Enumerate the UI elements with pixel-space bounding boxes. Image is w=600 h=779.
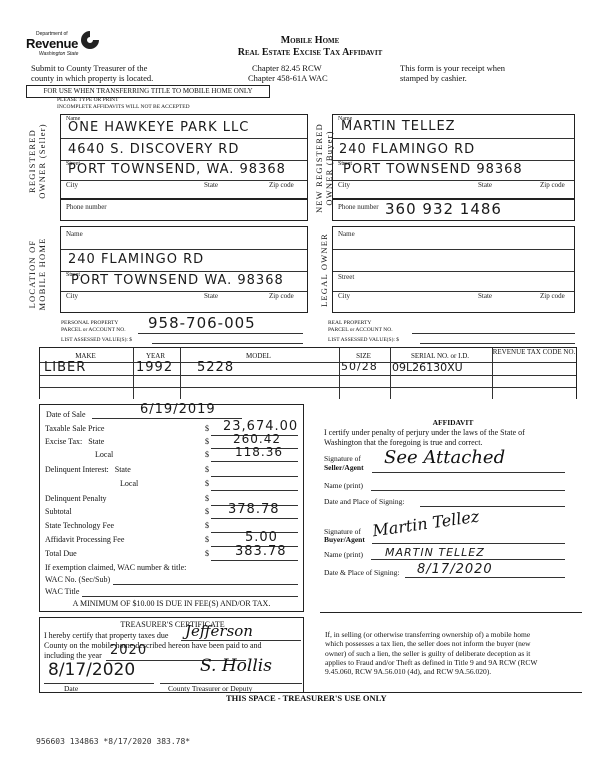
location-label-line1: LOCATION OF	[27, 233, 37, 315]
exemption-label: If exemption claimed, WAC number & title…	[45, 563, 186, 572]
fee-total-due: Total Due$383.78	[45, 549, 298, 561]
seller-signature-field[interactable]: See Attached	[372, 455, 565, 473]
buyer-phone-box: Phone number 360 932 1486	[332, 199, 575, 221]
excise-state-field[interactable]: 260.42	[233, 432, 281, 446]
form-title-line2: Real Estate Excise Tax Affidavit	[0, 47, 600, 58]
buyer-name-print-label: Name (print)	[324, 550, 363, 559]
treasurer-county-value: Jefferson	[185, 622, 253, 640]
seller-box: Name ONE HAWKEYE PARK LLC 4640 S. DISCOV…	[60, 114, 308, 199]
wac-no-field[interactable]	[113, 575, 298, 585]
legal-owner-name-field[interactable]	[363, 228, 563, 246]
buyer-phone-field[interactable]: 360 932 1486	[385, 200, 502, 218]
buyer-name-field[interactable]: MARTIN TELLEZ	[341, 119, 456, 134]
buyer-name-print-field[interactable]: MARTIN TELLEZ	[371, 549, 565, 560]
seller-phone-label: Phone number	[66, 203, 107, 211]
seller-sig-label-1: Signature of	[324, 454, 361, 463]
location-section-label: LOCATION OF MOBILE HOME	[27, 233, 49, 315]
lien-notice-top-rule	[320, 612, 582, 613]
treasurer-sig-label: County Treasurer or Deputy	[168, 684, 252, 693]
receipt-stamp: 956603 134863 *8/17/2020 383.78*	[36, 737, 190, 746]
real-parcel-field[interactable]	[412, 325, 575, 334]
chapter-wac: Chapter 458-61A WAC	[248, 73, 328, 83]
buyer-date-place-value: 8/17/2020	[417, 562, 493, 577]
treasurer-date-value: 8/17/2020	[48, 660, 135, 680]
personal-property-label-2: PARCEL or ACCOUNT NO.	[61, 327, 126, 333]
legal-owner-address-field[interactable]	[338, 251, 568, 269]
legal-owner-section-label: LEGAL OWNER	[319, 230, 331, 310]
wac-title-label: WAC Title	[45, 587, 79, 596]
minimum-due-note: A MINIMUM OF $10.00 IS DUE IN FEE(S) AND…	[39, 599, 304, 608]
buyer-city-field[interactable]: PORT TOWNSEND 98368	[343, 162, 523, 177]
lien-notice: If, in selling (or otherwise transferrin…	[325, 630, 537, 676]
treasurer-date-label: Date	[64, 684, 78, 693]
treasurer-title: TREASURER'S CERTIFICATE	[40, 620, 305, 629]
seller-name-print-label: Name (print)	[324, 481, 363, 490]
location-label-line2: MOBILE HOME	[37, 233, 47, 315]
header-year: YEAR	[132, 352, 179, 360]
seller-sig-label-2: Seller/Agent	[324, 463, 364, 472]
receipt-text-1: This form is your receipt when	[400, 63, 505, 73]
affidavit-fee-field[interactable]: 5.00	[245, 530, 278, 545]
wac-title-field[interactable]	[82, 587, 298, 597]
buyer-label-line1: NEW REGISTERED	[314, 113, 324, 223]
personal-parcel-field[interactable]: 958-706-005	[138, 318, 303, 334]
cell-tax-code[interactable]	[495, 362, 575, 374]
buyer-signature-value: Martin Tellez	[371, 507, 480, 541]
real-property-label-2: PARCEL or ACCOUNT NO.	[328, 327, 393, 333]
location-address-field[interactable]: 240 FLAMINGO RD	[68, 252, 204, 267]
date-of-sale-label: Date of Sale	[46, 410, 86, 419]
lien-notice-line2: which possesses a tax lien, the seller d…	[325, 639, 537, 648]
treasurer-use-only: THIS SPACE - TREASURER'S USE ONLY	[226, 693, 387, 703]
legal-owner-street-label: Street	[338, 273, 354, 281]
header-make: MAKE	[39, 352, 132, 360]
affidavit-certify-1: I certify under penalty of perjury under…	[324, 428, 525, 437]
seller-name-field[interactable]: ONE HAWKEYE PARK LLC	[68, 120, 249, 135]
subtotal-field[interactable]: 378.78	[228, 502, 280, 517]
excise-local-field[interactable]: 118.36	[235, 445, 283, 459]
cell-model[interactable]: 5228	[197, 360, 234, 375]
affidavit-title: AFFIDAVIT	[318, 418, 588, 427]
header-size: SIZE	[338, 352, 389, 360]
personal-assessed-label: LIST ASSESSED VALUE(S): $	[61, 337, 132, 343]
fee-delinquent-interest-local: Local$	[45, 479, 298, 491]
form-title-line1: Mobile Home	[0, 35, 600, 46]
seller-name-print-field[interactable]	[371, 482, 565, 491]
buyer-signature-field[interactable]: Martin Tellez	[372, 528, 565, 544]
buyer-address-field[interactable]: 240 FLAMINGO RD	[339, 142, 475, 157]
submit-text-2: county in which property is located.	[31, 73, 153, 83]
seller-date-place-label: Date and Place of Signing:	[324, 497, 404, 506]
seller-state-label: State	[204, 181, 218, 189]
header-serial: SERIAL NO. or I.D.	[389, 352, 491, 360]
personal-property-label-1: PERSONAL PROPERTY	[61, 320, 118, 326]
lien-notice-line3: owner) of such a lien, the seller is gui…	[325, 649, 537, 658]
submit-text-1: Submit to County Treasurer of the	[31, 63, 147, 73]
legal-owner-name-label: Name	[338, 230, 355, 238]
buyer-name-print-value: MARTIN TELLEZ	[385, 546, 485, 559]
legal-owner-zip-label: Zip code	[540, 292, 565, 300]
real-assessed-label: LIST ASSESSED VALUE(S): $	[328, 337, 399, 343]
location-box: Name 240 FLAMINGO RD Street PORT TOWNSEN…	[60, 226, 308, 313]
lien-notice-line1: If, in selling (or otherwise transferrin…	[325, 630, 537, 639]
seller-city-label: City	[66, 181, 78, 189]
location-state-label: State	[204, 292, 218, 300]
personal-assessed-field[interactable]	[152, 336, 303, 344]
seller-zip-label: Zip code	[269, 181, 294, 189]
legal-owner-box: Name Street City State Zip code	[332, 226, 575, 313]
treasurer-date-field[interactable]: 8/17/2020	[44, 666, 154, 684]
seller-city-field[interactable]: PORT TOWNSEND, WA. 98368	[68, 162, 286, 177]
fee-delinquent-interest-state: Delinquent Interest: State$	[45, 465, 298, 477]
location-zip-label: Zip code	[269, 292, 294, 300]
buyer-phone-label: Phone number	[338, 203, 379, 211]
cell-make[interactable]: LIBER	[44, 360, 86, 375]
treasurer-county-field[interactable]: Jefferson	[181, 630, 301, 641]
seller-label-line1: REGISTERED	[27, 111, 37, 211]
affidavit-certify-2: Washington that the foregoing is true an…	[324, 438, 482, 447]
legal-owner-city-label: City	[338, 292, 350, 300]
lien-notice-line5: 9.45.060, RCW 9A.56.010 (4d), and RCW 9A…	[325, 667, 537, 676]
real-property-label-1: REAL PROPERTY	[328, 320, 371, 326]
buyer-sig-label-2: Buyer/Agent	[324, 535, 365, 544]
date-of-sale-value: 6/19/2019	[140, 402, 216, 417]
treasurer-certificate-box: TREASURER'S CERTIFICATE I hereby certify…	[39, 617, 304, 693]
buyer-city-label: City	[338, 181, 350, 189]
wac-no-label: WAC No. (Sec/Sub)	[45, 575, 110, 584]
treasurer-signature-field[interactable]: S. Hollis	[160, 666, 302, 684]
buyer-state-label: State	[478, 181, 492, 189]
header-tax-code: REVENUE TAX CODE NO.	[491, 348, 577, 356]
cell-year[interactable]: 1992	[136, 360, 173, 375]
receipt-text-2: stamped by cashier.	[400, 73, 467, 83]
location-city-field[interactable]: PORT TOWNSEND WA. 98368	[71, 273, 284, 288]
location-name-label: Name	[66, 230, 83, 238]
treasurer-line-1: I hereby certify that property taxes due	[44, 631, 168, 640]
total-due-field[interactable]: 383.78	[235, 544, 287, 559]
treasurer-line-3: including the year	[44, 651, 102, 660]
date-of-sale-field[interactable]: 6/19/2019	[92, 406, 242, 419]
seller-phone-box: Phone number	[60, 199, 308, 221]
buyer-box: Name MARTIN TELLEZ 240 FLAMINGO RD Stree…	[332, 114, 575, 199]
seller-label-line2: OWNER (Seller)	[37, 111, 47, 211]
buyer-date-place-field[interactable]: 8/17/2020	[405, 566, 565, 578]
legal-owner-state-label: State	[478, 292, 492, 300]
personal-parcel-value: 958-706-005	[148, 314, 256, 332]
chapter-rcw: Chapter 82.45 RCW	[252, 63, 322, 73]
fee-excise-local: Local$118.36	[45, 450, 298, 462]
real-assessed-field[interactable]	[420, 336, 575, 344]
buyer-zip-label: Zip code	[540, 181, 565, 189]
treasurer-year-value: 2020	[110, 643, 147, 658]
seller-date-place-field[interactable]	[420, 498, 565, 507]
treasurer-line-2: County on the mobile home described here…	[44, 641, 262, 650]
seller-address-field[interactable]: 4640 S. DISCOVERY RD	[68, 142, 239, 157]
header-model: MODEL	[179, 352, 338, 360]
treasurer-signature-value: S. Hollis	[200, 656, 272, 676]
seller-signature-value: See Attached	[384, 447, 505, 468]
lien-notice-line4: applies to Fraud and/or Theft as defined…	[325, 658, 537, 667]
fee-subtotal: Subtotal$378.78	[45, 507, 298, 519]
instruction-incomplete: INCOMPLETE AFFIDAVITS WILL NOT BE ACCEPT…	[57, 104, 190, 110]
seller-section-label: REGISTERED OWNER (Seller)	[27, 111, 49, 211]
cell-serial[interactable]: 09L26130XU	[392, 361, 463, 374]
cell-size[interactable]: 50/28	[341, 360, 378, 373]
buyer-date-place-label: Date & Place of Signing:	[324, 568, 399, 577]
location-city-label: City	[66, 292, 78, 300]
instruction-type-print: PLEASE TYPE OR PRINT	[57, 97, 118, 103]
